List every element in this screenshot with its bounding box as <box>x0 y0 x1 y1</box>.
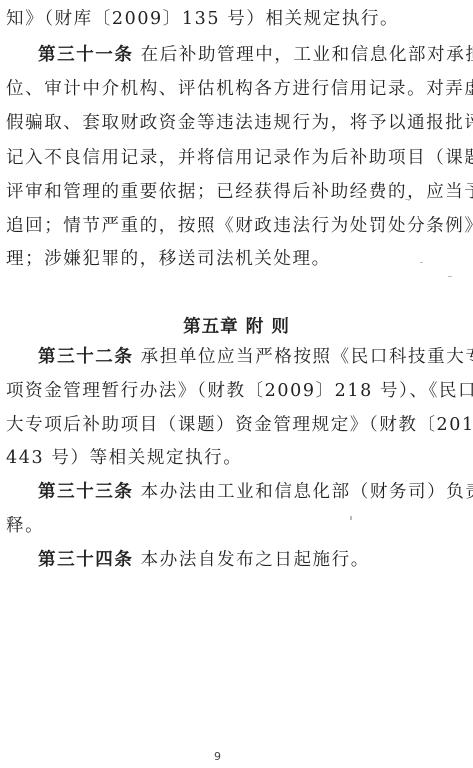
scan-speck <box>420 262 423 263</box>
text-line: 理；涉嫌犯罪的，移送司法机关处理。 <box>6 249 446 269</box>
scan-speck <box>448 276 452 277</box>
text-line: 知》（财库〔2009〕135 号）相关规定执行。 <box>6 9 446 29</box>
text-line: 记入不良信用记录，并将信用记录作为后补助项目（课题） <box>6 148 446 168</box>
article-34-line: 第三十四条 本办法自发布之日起施行。 <box>38 550 473 570</box>
article-34-text: 本办法自发布之日起施行。 <box>134 550 370 570</box>
article-32-line: 第三十二条 承担单位应当严格按照《民口科技重大专 <box>38 347 473 367</box>
page-number: 9 <box>214 750 221 763</box>
article-34-label: 第三十四条 <box>38 550 134 570</box>
text-line: 项资金管理暂行办法》（财教〔2009〕218 号）、《民口科技重 <box>6 381 446 401</box>
article-33-text: 本办法由工业和信息化部（财务司）负责解 <box>134 482 473 502</box>
article-33-line: 第三十三条 本办法由工业和信息化部（财务司）负责解 <box>38 482 473 502</box>
chapter-heading: 第五章 附 则 <box>0 313 473 338</box>
article-33-label: 第三十三条 <box>38 482 134 502</box>
text-line: 443 号）等相关规定执行。 <box>6 448 446 468</box>
article-32-label: 第三十二条 <box>38 347 134 367</box>
text-line: 假骗取、套取财政资金等违法违规行为，将予以通报批评、 <box>6 113 446 133</box>
text-line: 评审和管理的重要依据；已经获得后补助经费的，应当予以 <box>6 182 446 202</box>
scan-speck <box>405 199 410 200</box>
text-line: 追回；情节严重的，按照《财政违法行为处罚处分条例》处 <box>6 216 446 236</box>
article-31-line: 第三十一条 在后补助管理中，工业和信息化部对承担单 <box>38 45 473 65</box>
text-line: 释。 <box>6 516 446 536</box>
article-31-label: 第三十一条 <box>38 45 134 65</box>
text-line: 位、审计中介机构、评估机构各方进行信用记录。对弄虚作 <box>6 79 446 99</box>
article-31-text: 在后补助管理中，工业和信息化部对承担单 <box>134 45 473 65</box>
scan-speck <box>350 516 352 520</box>
article-32-text: 承担单位应当严格按照《民口科技重大专 <box>134 347 473 367</box>
text-line: 大专项后补助项目（课题）资金管理规定》（财教〔2013〕 <box>6 415 446 435</box>
